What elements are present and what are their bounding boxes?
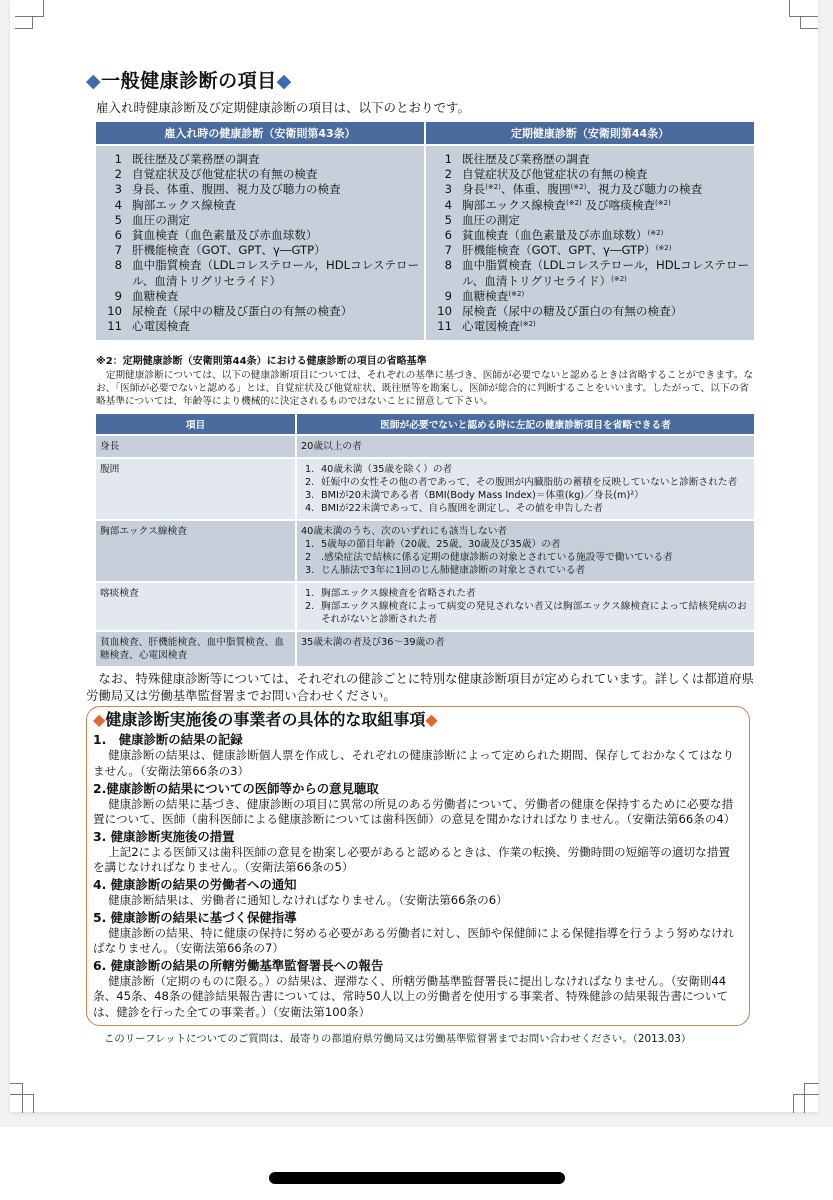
item-number: 4 (430, 198, 462, 213)
measure-body: 上記2による医師又は歯科医師の意見を勘案し必要があると認めるときは、作業の転換、… (93, 845, 741, 876)
criteria-sub-item: 1.40歳未満（35歳を除く）の者 (301, 463, 750, 476)
header-hiring: 雇入れ時の健康診断（安衛則第43条） (96, 122, 425, 145)
measure-body: 健康診断の結果に基づき、健康診断の項目に異常の所見のある労働者について、労働者の… (93, 797, 741, 828)
omission-item: 喀痰検査 (96, 582, 296, 631)
periodic-items-cell: 1既往歴及び業務歴の調査2自覚症状及び他覚症状の有無の検査3身長(※2)、体重、… (425, 145, 754, 340)
item-number: 9 (100, 289, 132, 304)
item-text: 既往歴及び業務歴の調査 (132, 152, 424, 167)
footnote-marker: (※2) (648, 229, 664, 237)
criteria-sub-item: 4.BMIが22未満であって、自ら腹囲を測定し、その値を申告した者 (301, 502, 750, 515)
list-item: 1既往歴及び業務歴の調査 (100, 152, 424, 167)
footnote-marker: (※2) (655, 199, 671, 207)
item-number: 2 (430, 167, 462, 182)
item-number: 11 (430, 319, 462, 334)
criteria-lead: 20歳以上の者 (301, 440, 750, 453)
item-number: 6 (430, 228, 462, 243)
sub-item-text: 胸部エックス線検査によって病変の発見されない者又は胸部エックス線検査によって結核… (321, 600, 750, 626)
list-item: 5血圧の測定 (430, 213, 754, 228)
list-item: 1既往歴及び業務歴の調査 (430, 152, 754, 167)
header-periodic: 定期健康診断（安衛則第44条） (425, 122, 754, 145)
item-text: 貧血検査（血色素量及び赤血球数）(※2) (462, 228, 754, 243)
item-number: 7 (430, 243, 462, 258)
sub-item-text: 胸部エックス線検査を省略された者 (321, 587, 476, 600)
sub-item-text: 妊娠中の女性その他の者であって、その腹囲が内臓脂肪の蓄積を反映していないと診断さ… (321, 476, 737, 489)
item-text: 胸部エックス線検査(※2) 及び喀痰検査(※2) (462, 198, 754, 213)
crop-mark-top-right-2 (800, 16, 818, 29)
criteria-sub-item: 2.感染症法で結核に係る定期の健康診断の対象とされている施設等で働いている者 (301, 551, 750, 564)
sub-item-text: BMIが20未満である者（BMI(Body Mass Index)＝体重(kg)… (321, 489, 644, 502)
criteria-sub-item: 2.妊娠中の女性その他の者であって、その腹囲が内臓脂肪の蓄積を反映していないと診… (301, 476, 750, 489)
sub-item-number: 2 (305, 551, 321, 564)
criteria-sub-item: 3.BMIが20未満である者（BMI(Body Mass Index)＝体重(k… (301, 489, 750, 502)
crop-mark-bottom-right-2 (793, 1094, 819, 1113)
item-number: 1 (100, 152, 132, 167)
criteria-sub-item: 3.じん肺法で3年に1回のじん肺健康診断の対象とされている者 (301, 564, 750, 577)
footnote-marker: (※2) (611, 275, 627, 283)
list-item: 7肝機能検査（GOT、GPT、γ―GTP） (100, 243, 424, 258)
criteria-sub-item: 2.胸部エックス線検査によって病変の発見されない者又は胸部エックス線検査によって… (301, 600, 750, 626)
crop-mark-top-left (15, 0, 44, 17)
list-item: 7肝機能検査（GOT、GPT、γ―GTP）(※2) (430, 243, 754, 258)
criteria-lead: 35歳未満の者及び36～39歳の者 (301, 636, 750, 649)
sub-item-text: .感染症法で結核に係る定期の健康診断の対象とされている施設等で働いている者 (321, 551, 673, 564)
omission-criteria: 40歳未満のうち、次のいずれにも該当しない者1.5歳毎の節目年齢（20歳、25歳… (296, 520, 754, 582)
crop-mark-top-left-2 (15, 16, 33, 29)
item-number: 2 (100, 167, 132, 182)
list-item: 4胸部エックス線検査 (100, 198, 424, 213)
header-criteria: 医師が必要でないと認める時に左記の健康診断項目を省略できる者 (296, 414, 754, 435)
page-title: ◆一般健康診断の項目◆ (86, 68, 756, 94)
item-number: 3 (100, 182, 132, 197)
sub-item-text: 40歳未満（35歳を除く）の者 (321, 463, 452, 476)
omission-criteria: 20歳以上の者 (296, 435, 754, 458)
sub-item-text: 5歳毎の節目年齢（20歳、25歳、30歳及び35歳）の者 (321, 538, 561, 551)
item-text: 血圧の測定 (132, 213, 424, 228)
sub-item-number: 2. (305, 600, 321, 626)
item-text: 尿検査（尿中の糖及び蛋白の有無の検査） (462, 304, 754, 319)
footnote-marker: (※2) (571, 183, 587, 191)
list-item: 8血中脂質検査（LDLコレステロール，HDLコレステロール、血清トリグリセライド… (100, 258, 424, 288)
item-text: 自覚症状及び他覚症状の有無の検査 (462, 167, 754, 182)
measure-heading: 4. 健康診断の結果の労働者への通知 (93, 877, 741, 893)
item-text: 血中脂質検査（LDLコレステロール，HDLコレステロール、血清トリグリセライド） (132, 258, 424, 288)
hiring-items-cell: 1既往歴及び業務歴の調査2自覚症状及び他覚症状の有無の検査3身長、体重、腹囲、視… (96, 145, 425, 340)
item-number: 6 (100, 228, 132, 243)
item-text: 身長(※2)、体重、腹囲(※2)、視力及び聴力の検査 (462, 182, 754, 197)
item-text: 肝機能検査（GOT、GPT、γ―GTP）(※2) (462, 243, 754, 258)
footnote-marker: (※2) (520, 320, 536, 328)
omission-item: 胸部エックス線検査 (96, 520, 296, 582)
item-number: 8 (100, 258, 132, 288)
item-text: 肝機能検査（GOT、GPT、γ―GTP） (132, 243, 424, 258)
omission-item: 貧血検査、肝機能検査、血中脂質検査、血糖検査、心電図検査 (96, 631, 296, 666)
criteria-sub-item: 1.5歳毎の節目年齢（20歳、25歳、30歳及び35歳）の者 (301, 538, 750, 551)
list-item: 6貧血検査（血色素量及び赤血球数）(※2) (430, 228, 754, 243)
item-text: 胸部エックス線検査 (132, 198, 424, 213)
item-text: 自覚症状及び他覚症状の有無の検査 (132, 167, 424, 182)
omission-item: 身長 (96, 435, 296, 458)
list-item: 9血糖検査 (100, 289, 424, 304)
sub-item-number: 3. (305, 489, 321, 502)
sub-item-text: じん肺法で3年に1回のじん肺健康診断の対象とされている者 (321, 564, 585, 577)
measure-heading: 2.健康診断の結果についての医師等からの意見聴取 (93, 781, 741, 797)
list-item: 9血糖検査(※2) (430, 289, 754, 304)
sub-item-number: 1. (305, 463, 321, 476)
measures-title: ◆健康診断実施後の事業者の具体的な取組事項◆ (93, 709, 741, 731)
item-text: 貧血検査（血色素量及び赤血球数） (132, 228, 424, 243)
list-item: 11心電図検査 (100, 319, 424, 334)
item-text: 身長、体重、腹囲、視力及び聴力の検査 (132, 182, 424, 197)
item-text: 血糖検査 (132, 289, 424, 304)
table-row: 腹囲1.40歳未満（35歳を除く）の者2.妊娠中の女性その他の者であって、その腹… (96, 458, 754, 520)
item-text: 尿検査（尿中の糖及び蛋白の有無の検査） (132, 304, 424, 319)
item-number: 5 (430, 213, 462, 228)
footer-note: このリーフレットについてのご質問は、最寄りの都道府県労働局又は労働基準監督署まで… (104, 1030, 756, 1045)
note-title: ※2：定期健康診断（安衛則第44条）における健康診断の項目の省略基準 (96, 352, 756, 367)
diamond-icon: ◆ (93, 710, 105, 729)
item-text: 既往歴及び業務歴の調査 (462, 152, 754, 167)
measure-body: 健康診断の結果は、健康診断個人票を作成し、それぞれの健康診断によって定められた期… (93, 748, 741, 779)
list-item: 6貧血検査（血色素量及び赤血球数） (100, 228, 424, 243)
item-number: 4 (100, 198, 132, 213)
diamond-icon: ◆ (277, 70, 292, 92)
item-number: 3 (430, 182, 462, 197)
item-number: 8 (430, 258, 462, 288)
list-item: 5血圧の測定 (100, 213, 424, 228)
omission-criteria: 1.胸部エックス線検査を省略された者2.胸部エックス線検査によって病変の発見され… (296, 582, 754, 631)
item-number: 7 (100, 243, 132, 258)
measure-heading: 1. 健康診断の結果の記録 (93, 732, 741, 748)
list-item: 10尿検査（尿中の糖及び蛋白の有無の検査） (100, 304, 424, 319)
criteria-sub-item: 1.胸部エックス線検査を省略された者 (301, 587, 750, 600)
sub-item-number: 3. (305, 564, 321, 577)
measures-box: ◆健康診断実施後の事業者の具体的な取組事項◆ 1. 健康診断の結果の記録健康診断… (86, 706, 750, 1025)
omission-criteria-table: 項目 医師が必要でないと認める時に左記の健康診断項目を省略できる者 身長20歳以… (96, 414, 754, 666)
measure-heading: 6. 健康診断の結果の所轄労働基準監督署長への報告 (93, 958, 741, 974)
item-text: 血圧の測定 (462, 213, 754, 228)
item-text: 血中脂質検査（LDLコレステロール，HDLコレステロール、血清トリグリセライド）… (462, 258, 754, 288)
footnote-marker: (※2) (485, 183, 501, 191)
measure-heading: 3. 健康診断実施後の措置 (93, 829, 741, 845)
list-item: 11心電図検査(※2) (430, 319, 754, 334)
omission-item: 腹囲 (96, 458, 296, 520)
checkup-items-table: 雇入れ時の健康診断（安衛則第43条） 定期健康診断（安衛則第44条） 1既往歴及… (96, 122, 754, 340)
measure-body: 健康診断（定期のものに限る。）の結果は、遅滞なく、所轄労働基準監督署長に提出しな… (93, 974, 741, 1021)
omission-criteria: 1.40歳未満（35歳を除く）の者2.妊娠中の女性その他の者であって、その腹囲が… (296, 458, 754, 520)
item-text: 血糖検査(※2) (462, 289, 754, 304)
diamond-icon: ◆ (425, 710, 437, 729)
sub-item-number: 2. (305, 476, 321, 489)
item-number: 11 (100, 319, 132, 334)
item-number: 1 (430, 152, 462, 167)
footnote-marker: (※2) (508, 290, 524, 298)
item-number: 10 (430, 304, 462, 319)
table-row: 身長20歳以上の者 (96, 435, 754, 458)
list-item: 3身長、体重、腹囲、視力及び聴力の検査 (100, 182, 424, 197)
intro-text: 雇入れ時健康診断及び定期健康診断の項目は、以下のとおりです。 (96, 98, 756, 116)
diamond-icon: ◆ (86, 70, 101, 92)
list-item: 2自覚症状及び他覚症状の有無の検査 (100, 167, 424, 182)
special-checkup-note: なお、特殊健康診断等については、それぞれの健診ごとに特別な健康診断項目が定められ… (86, 670, 756, 704)
sub-item-number: 1. (305, 538, 321, 551)
crop-mark-top-right (789, 0, 818, 17)
list-item: 4胸部エックス線検査(※2) 及び喀痰検査(※2) (430, 198, 754, 213)
criteria-lead: 40歳未満のうち、次のいずれにも該当しない者 (301, 525, 750, 538)
item-text: 心電図検査 (132, 319, 424, 334)
bottom-bar (0, 1127, 833, 1200)
item-number: 10 (100, 304, 132, 319)
list-item: 3身長(※2)、体重、腹囲(※2)、視力及び聴力の検査 (430, 182, 754, 197)
list-item: 8血中脂質検査（LDLコレステロール，HDLコレステロール、血清トリグリセライド… (430, 258, 754, 288)
list-item: 2自覚症状及び他覚症状の有無の検査 (430, 167, 754, 182)
measure-heading: 5. 健康診断の結果に基づく保健指導 (93, 910, 741, 926)
document-content: ◆一般健康診断の項目◆ 雇入れ時健康診断及び定期健康診断の項目は、以下のとおりで… (86, 68, 756, 1045)
footnote-marker: (※2) (656, 244, 672, 252)
table-row: 喀痰検査1.胸部エックス線検査を省略された者2.胸部エックス線検査によって病変の… (96, 582, 754, 631)
list-item: 10尿検査（尿中の糖及び蛋白の有無の検査） (430, 304, 754, 319)
table-row: 胸部エックス線検査40歳未満のうち、次のいずれにも該当しない者1.5歳毎の節目年… (96, 520, 754, 582)
measure-body: 健康診断の結果、特に健康の保持に努める必要がある労働者に対し、医師や保健師による… (93, 926, 741, 957)
header-item: 項目 (96, 414, 296, 435)
measure-body: 健康診断結果は、労働者に通知しなければなりません。（安衛法第66条の6） (93, 893, 741, 909)
note-body: 定期健康診断については、以下の健康診断項目については、それぞれの基準に基づき、医… (96, 369, 756, 408)
omission-criteria: 35歳未満の者及び36～39歳の者 (296, 631, 754, 666)
table-row: 貧血検査、肝機能検査、血中脂質検査、血糖検査、心電図検査35歳未満の者及び36～… (96, 631, 754, 666)
item-number: 9 (430, 289, 462, 304)
sub-item-number: 4. (305, 502, 321, 515)
crop-mark-bottom-left-2 (10, 1094, 34, 1113)
sub-item-text: BMIが22未満であって、自ら腹囲を測定し、その値を申告した者 (321, 502, 603, 515)
item-text: 心電図検査(※2) (462, 319, 754, 334)
sub-item-number: 1. (305, 587, 321, 600)
item-number: 5 (100, 213, 132, 228)
footnote-marker: (※2) (566, 199, 582, 207)
home-indicator[interactable] (269, 1172, 565, 1184)
